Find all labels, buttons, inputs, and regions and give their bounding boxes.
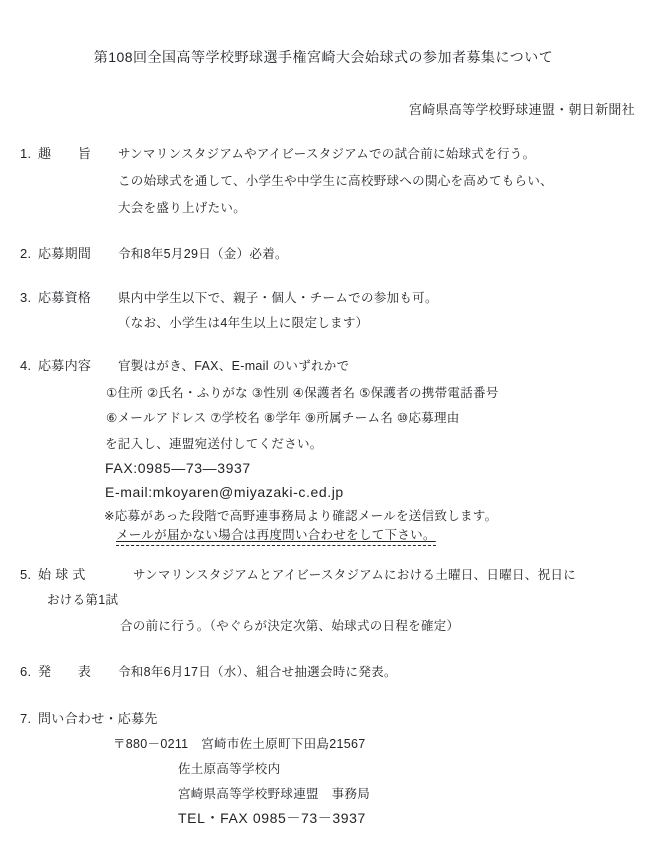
section-5-body: サンマリンスタジアムとアイビースタジアムにおける土曜日、日曜日、祝日に [133, 567, 576, 583]
mail-warning-underlined: メールが届かない場合は再度問い合わせをして下さい。 [116, 527, 436, 546]
postal-address: 〒880－0211 宮崎市佐土原町下田島21567 [113, 736, 366, 752]
section-4-label: 応募内容 [38, 358, 91, 375]
section-1-line-2: この始球式を通して、小学生や中学生に高校野球への関心を高めてもらい、 [118, 173, 553, 189]
section-1-label: 趣 旨 [38, 146, 91, 163]
section-5-line-2: おける第1試 [47, 592, 118, 608]
section-7-number: 7. [20, 711, 31, 728]
email-address: E-mail:mkoyaren@miyazaki-c.ed.jp [105, 483, 344, 501]
section-4-instruction: を記入し、連盟宛送付してください。 [105, 436, 323, 452]
section-6-number: 6. [20, 664, 31, 681]
document-page: 第108回全国高等学校野球選手権宮崎大会始球式の参加者募集について 宮崎県高等学… [0, 0, 647, 841]
section-4-items-6-10: ⑥メールアドレス ⑦学校名 ⑧学年 ⑨所属チーム名 ⑩応募理由 [106, 410, 460, 426]
section-2-label: 応募期間 [38, 246, 91, 263]
section-5-label: 始 球 式 [38, 567, 86, 584]
section-5-number: 5. [20, 567, 31, 584]
section-1-number: 1. [20, 146, 31, 163]
section-6-body: 令和8年6月17日（水）、組合せ抽選会時に発表。 [118, 664, 397, 680]
tel-fax-number: TEL・FAX 0985－73－3937 [178, 809, 366, 827]
section-5-line-3: 合の前に行う。（やぐらが決定次第、始球式の日程を確定） [120, 618, 459, 634]
section-7-label: 問い合わせ・応募先 [38, 711, 158, 728]
section-6-label: 発 表 [38, 664, 91, 681]
section-3-line-2: （なお、小学生は4年生以上に限定します） [118, 315, 368, 331]
section-2-body: 令和8年5月29日（金）必着。 [118, 246, 288, 262]
section-4-number: 4. [20, 358, 31, 375]
document-title: 第108回全国高等学校野球選手権宮崎大会始球式の参加者募集について [0, 48, 647, 66]
section-2-number: 2. [20, 246, 31, 263]
section-3-number: 3. [20, 290, 31, 307]
fax-number: FAX:0985—73—3937 [105, 459, 251, 477]
section-1-body: サンマリンスタジアムやアイビースタジアムでの試合前に始球式を行う。 [118, 146, 535, 162]
organizer-line: 宮崎県高等学校野球連盟・朝日新聞社 [409, 102, 635, 119]
section-4-items-1-5: ①住所 ②氏名・ふりがな ③性別 ④保護者名 ⑤保護者の携帯電話番号 [106, 385, 499, 401]
section-4-body: 官製はがき、FAX、E-mail のいずれかで [118, 358, 349, 374]
confirmation-note: ※応募があった段階で高野連事務局より確認メールを送信致します。 [104, 508, 497, 524]
section-3-body: 県内中学生以下で、親子・個人・チームでの参加も可。 [118, 290, 438, 306]
federation-office: 宮崎県高等学校野球連盟 事務局 [178, 786, 370, 802]
school-name: 佐土原高等学校内 [178, 761, 280, 777]
section-1-line-3: 大会を盛り上げたい。 [118, 200, 246, 216]
section-3-label: 応募資格 [38, 290, 91, 307]
